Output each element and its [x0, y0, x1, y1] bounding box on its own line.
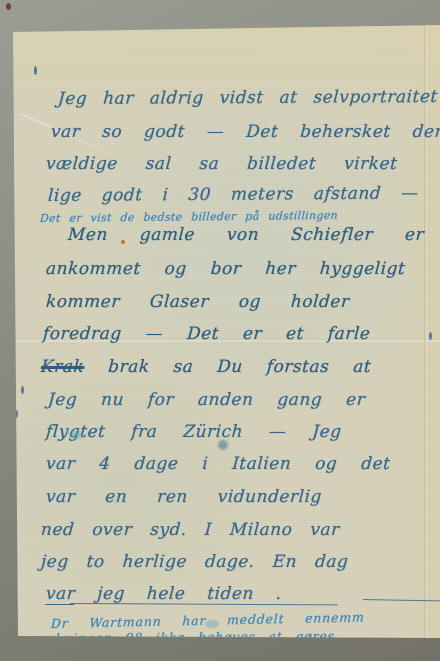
ink-mark-7 — [70, 430, 82, 439]
struck-out-word: Krak — [40, 357, 85, 377]
handwriting-text: var en ren vidunderlig — [45, 487, 322, 507]
handwriting-text: kommer Glaser og holder — [45, 292, 350, 312]
letter-line-7: ankommet og bor her hyggeligt — [45, 259, 406, 279]
ink-mark-8 — [218, 440, 228, 450]
ink-rule-2 — [363, 599, 440, 601]
letter-line-11: Jeg nu for anden gang er — [47, 390, 366, 410]
handwriting-text: aabningen 98 ikke behøves at gøres. — [39, 628, 340, 646]
letter-line-19: aabningen 98 ikke behøves at gøres. — [39, 628, 340, 646]
ink-mark-4 — [21, 386, 24, 394]
letter-line-3: vældige sal sa billedet virket — [45, 154, 398, 174]
handwriting-text: flygtet fra Zürich — Jeg — [45, 422, 342, 442]
letter-line-4: lige godt i 30 meters afstand — — [47, 183, 419, 206]
handwriting-text: ned over syd. I Milano var — [40, 520, 340, 540]
handwriting-text: foredrag — Det er et farle — [42, 324, 371, 344]
fold-crease-vertical — [424, 25, 427, 638]
letter-line-5: Det er vist de bedste billeder på udstil… — [40, 209, 339, 225]
ink-mark-9 — [205, 620, 219, 628]
letter-line-14: var en ren vidunderlig — [45, 487, 322, 507]
handwriting-text: Det er vist de bedste billeder på udstil… — [40, 209, 339, 225]
letter-line-2: var so godt — Det behersket den — [50, 122, 440, 142]
handwriting-text: var so godt — Det behersket den — [50, 122, 440, 142]
letter-line-8: kommer Glaser og holder — [45, 292, 350, 312]
handwriting-text: Jeg nu for anden gang er — [47, 390, 366, 410]
ink-rule-1 — [70, 603, 338, 605]
ink-mark-2 — [34, 66, 37, 75]
photo-background: Jeg har aldrig vidst at selvportraitetva… — [0, 0, 440, 661]
letter-line-16: jeg to herlige dage. En dag — [40, 552, 349, 572]
handwriting-text: lige godt i 30 meters afstand — — [47, 183, 419, 206]
ink-mark-3 — [121, 240, 125, 244]
ink-mark-6 — [429, 332, 432, 340]
handwriting-text: jeg hele tiden . — [75, 584, 283, 604]
letter-line-17: var jeg hele tiden . — [45, 584, 282, 604]
handwriting-text: vældige sal sa billedet virket — [45, 154, 398, 174]
handwriting-text: jeg to herlige dage. En dag — [40, 552, 349, 572]
handwriting-text: var 4 dage i Italien og det — [45, 454, 391, 474]
ink-mark-5 — [15, 410, 18, 418]
ink-mark-1 — [6, 3, 11, 10]
underlined-word: var — [45, 584, 76, 605]
handwriting-text: ankommet og bor her hyggeligt — [45, 259, 406, 279]
letter-line-1: Jeg har aldrig vidst at selvportraitet — [57, 87, 438, 109]
handwriting-text: Jeg har aldrig vidst at selvportraitet — [57, 87, 438, 109]
letter-line-10: Krak brak sa Du forstas at — [40, 357, 372, 377]
letter-paper: Jeg har aldrig vidst at selvportraitetva… — [13, 25, 440, 638]
letter-line-13: var 4 dage i Italien og det — [45, 454, 391, 474]
letter-line-15: ned over syd. I Milano var — [40, 520, 340, 540]
handwriting-text: brak sa Du forstas at — [84, 357, 372, 377]
letter-line-12: flygtet fra Zürich — Jeg — [45, 422, 342, 442]
letter-line-9: foredrag — Det er et farle — [42, 324, 371, 344]
